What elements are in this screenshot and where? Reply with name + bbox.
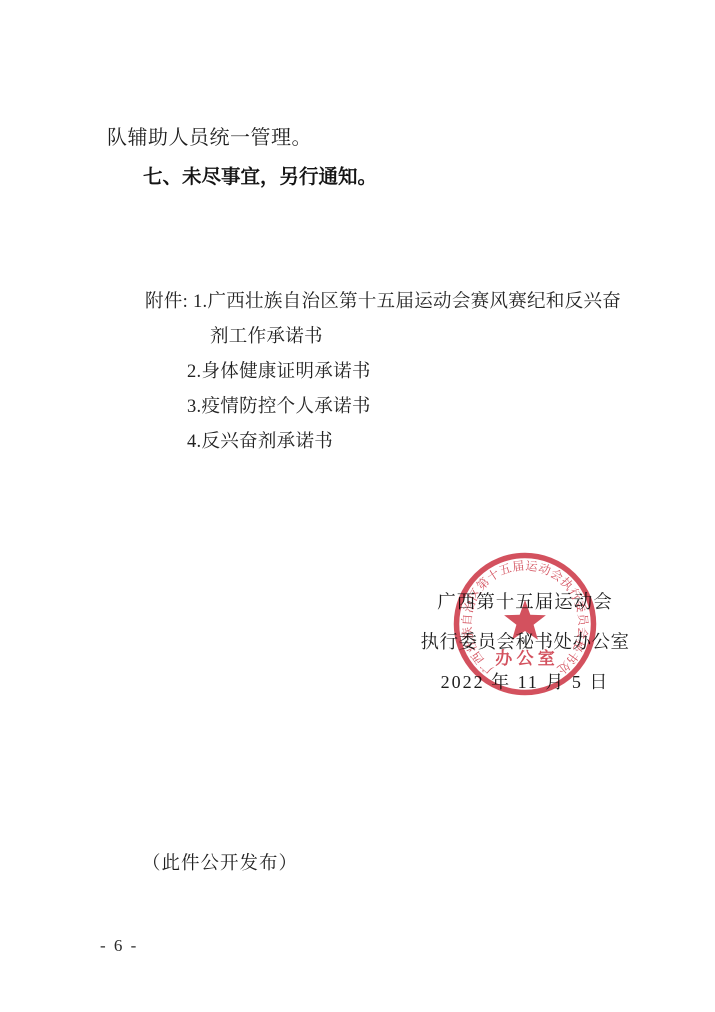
attachment-list-line-1-continuation: 剂工作承诺书 (210, 322, 323, 348)
attachment-list-line-4: 4.反兴奋剂承诺书 (187, 427, 333, 453)
attachment-list-line-3: 3.疫情防控个人承诺书 (187, 392, 371, 418)
signature-date: 2022 年 11 月 5 日 (390, 668, 660, 694)
signature-org-line1: 广西第十五届运动会 (390, 588, 660, 614)
attachment-list-line-1: 附件: 1.广西壮族自治区第十五届运动会赛风赛纪和反兴奋 (145, 287, 621, 313)
body-paragraph: 队辅助人员统一管理。 (107, 121, 312, 150)
page-number: - 6 - (100, 936, 138, 956)
signature-block: 广西第十五届运动会 执行委员会秘书处办公室 2022 年 11 月 5 日 (390, 588, 660, 694)
signature-org-line2: 执行委员会秘书处办公室 (390, 628, 660, 654)
item-seven-heading: 七、未尽事宜，另行通知。 (143, 161, 377, 189)
attachment-list-line-2: 2.身体健康证明承诺书 (187, 357, 371, 383)
public-release-note: （此件公开发布） (142, 849, 298, 875)
document-page: 队辅助人员统一管理。 七、未尽事宜，另行通知。 附件: 1.广西壮族自治区第十五… (0, 0, 715, 1012)
